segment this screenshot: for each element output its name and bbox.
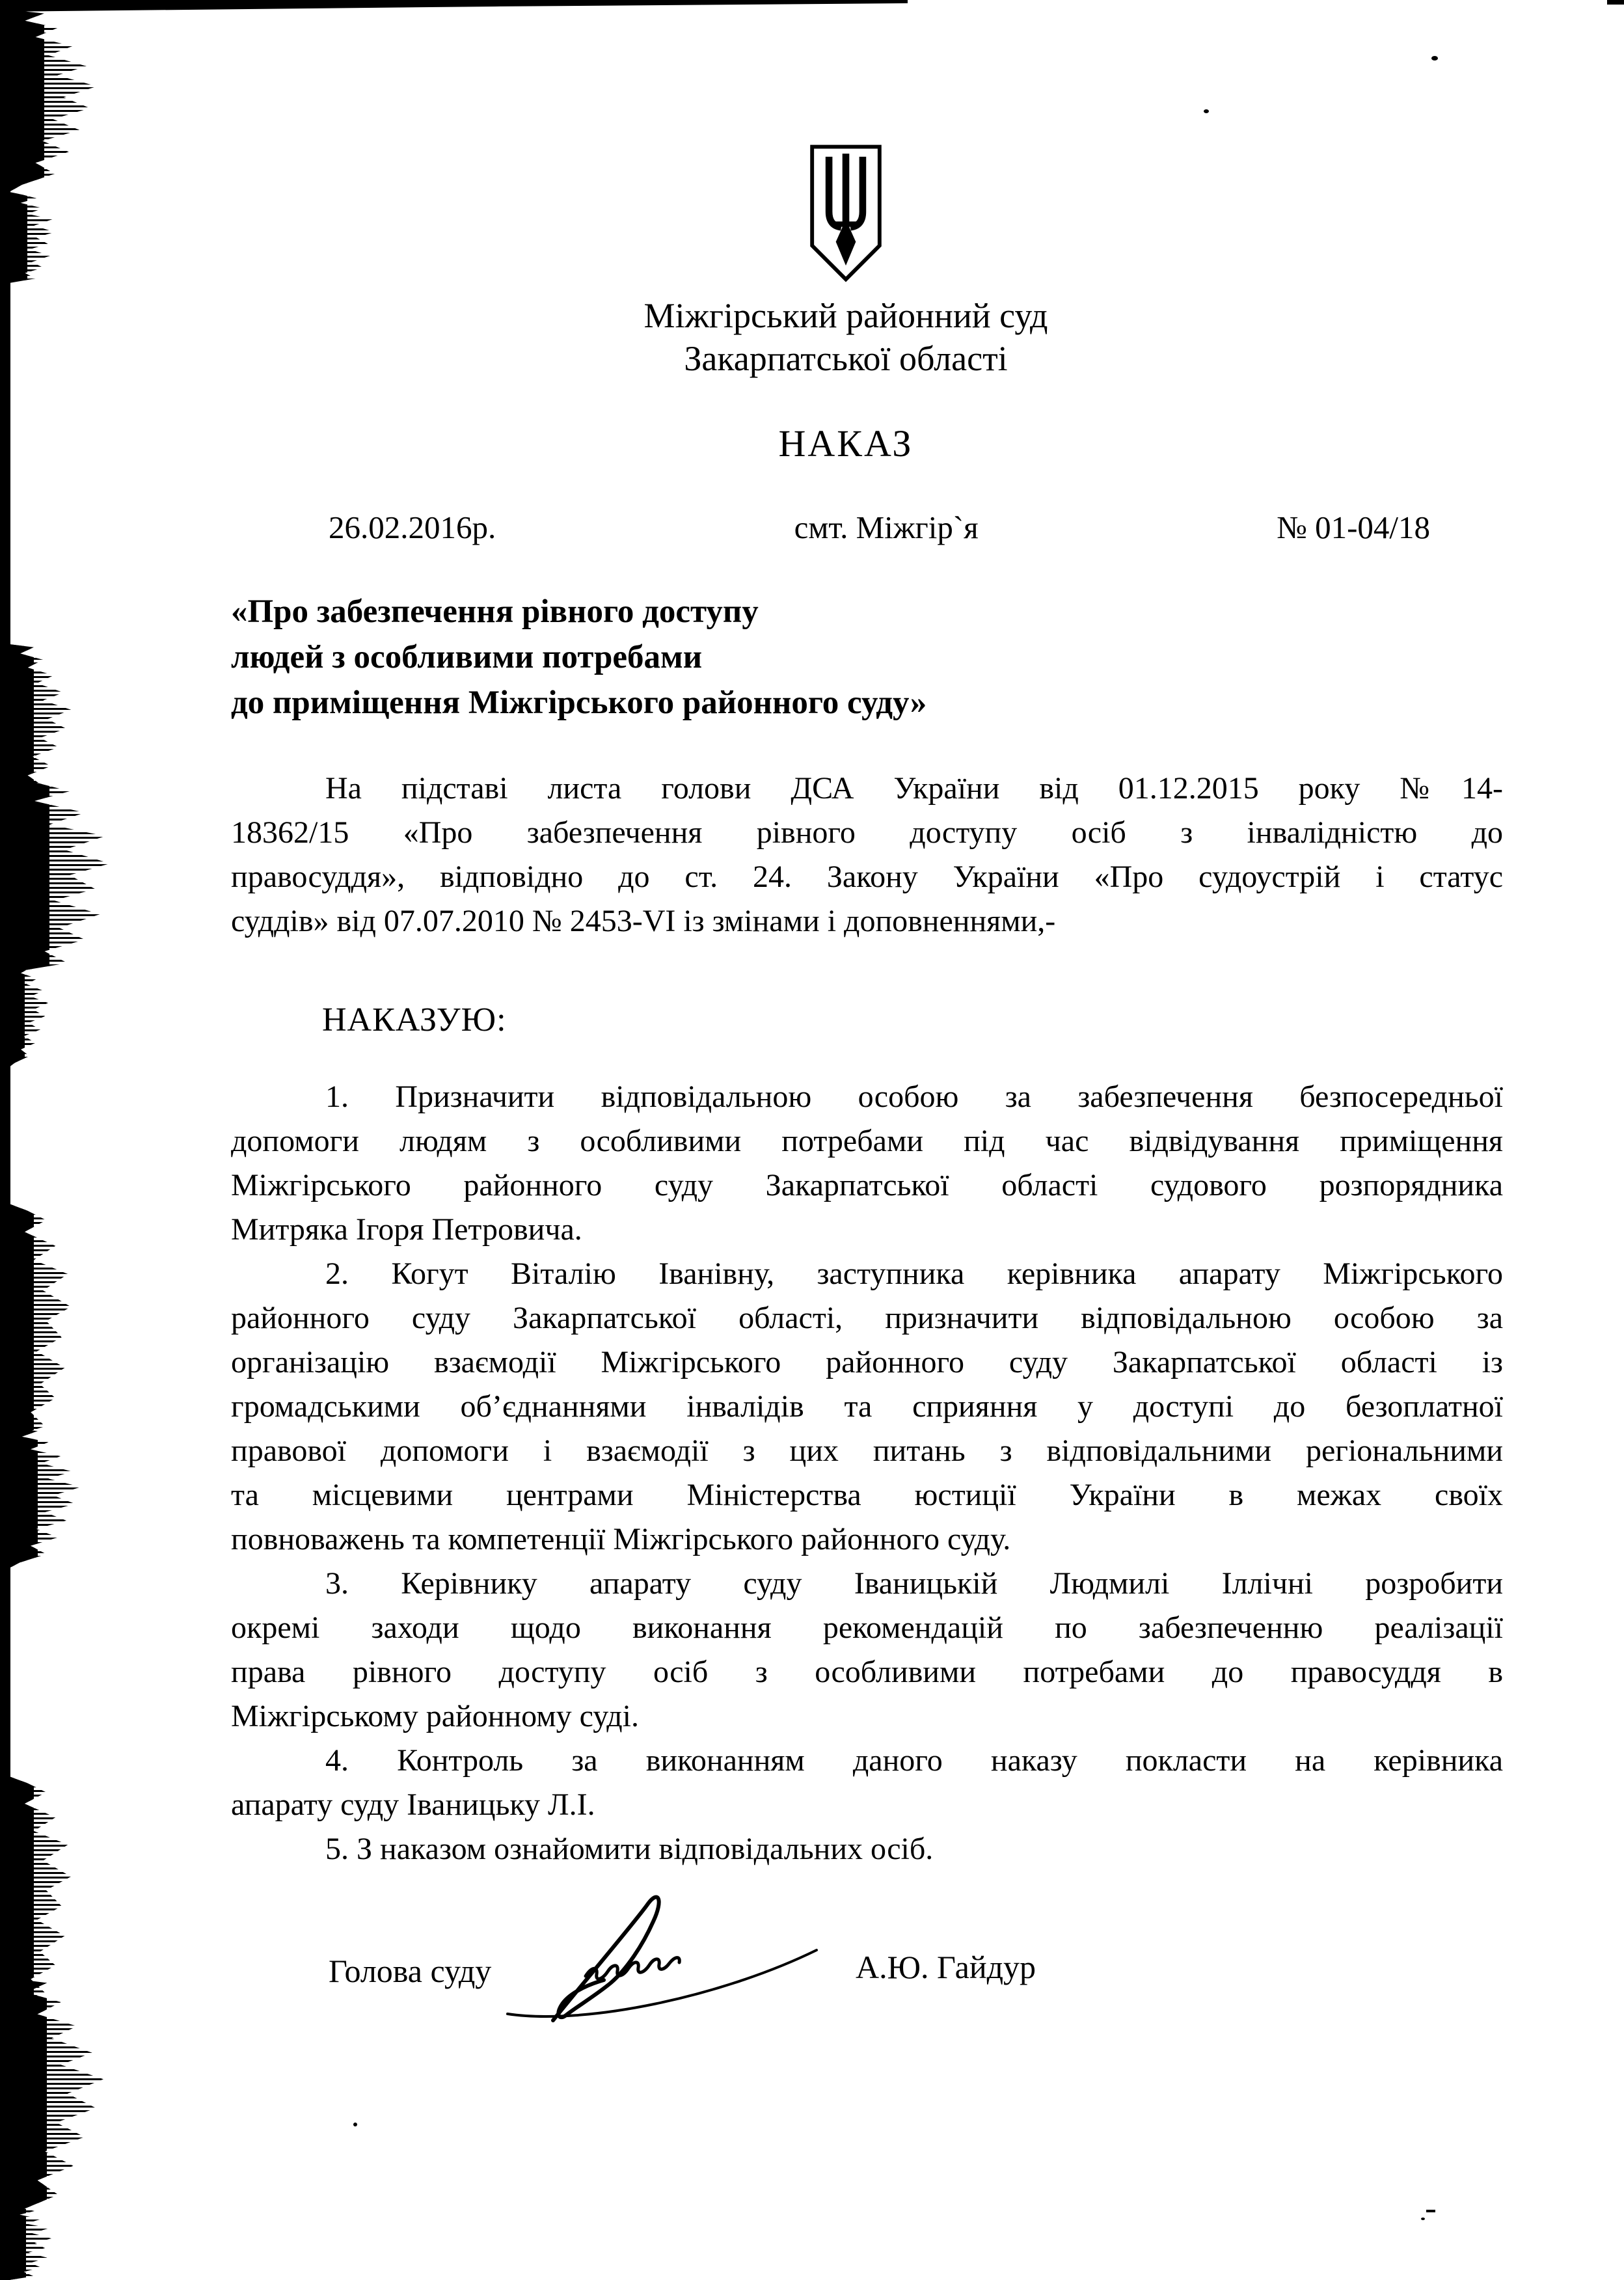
order-number: № 01-04/18	[1277, 509, 1430, 546]
order-item-line: права рівного доступу осіб з особливими …	[231, 1650, 1503, 1694]
court-name-line: Міжгірський районний суд	[644, 294, 1048, 337]
order-item-line: 1. Призначити відповідальною особою за з…	[231, 1075, 1503, 1119]
handwritten-signature-icon	[488, 1890, 826, 2027]
trident-emblem-icon	[807, 144, 884, 282]
order-item-line: районного суду Закарпатської області, пр…	[231, 1296, 1503, 1340]
scan-artifact-left-strip	[0, 0, 10, 2280]
order-item-line: організацію взаємодії Міжгірського район…	[231, 1340, 1503, 1385]
order-item-line: окремі заходи щодо виконання рекомендаці…	[231, 1606, 1503, 1650]
order-item-line: правової допомоги і взаємодії з цих пита…	[231, 1429, 1503, 1473]
court-name-line: Закарпатської області	[644, 337, 1048, 380]
order-item-line: допомоги людям з особливими потребами пі…	[231, 1119, 1503, 1163]
scan-speck	[1431, 56, 1438, 61]
order-item-line: громадськими об’єднаннями інвалідів та с…	[231, 1385, 1503, 1429]
order-date: 26.02.2016р.	[329, 509, 496, 546]
subject-line: людей з особливими потребами	[231, 634, 1503, 680]
order-item-line: апарату суду Іваницьку Л.І.	[231, 1783, 1503, 1827]
scan-artifact-corner	[1607, 0, 1624, 5]
document-type-title: НАКАЗ	[779, 422, 913, 465]
subject-line: до приміщення Міжгірського районного суд…	[231, 680, 1503, 726]
subject-line: «Про забезпечення рівного доступу	[231, 589, 1503, 634]
scan-artifact-top-band	[0, 0, 908, 12]
order-item-line: 2. Когут Віталію Іванівну, заступника ке…	[231, 1252, 1503, 1296]
preamble-line: правосуддя», відповідно до ст. 24. Закон…	[231, 855, 1503, 899]
preamble-line: 18362/15 «Про забезпечення рівного досту…	[231, 811, 1503, 855]
scan-artifact-blob	[9, 192, 55, 283]
scan-speck	[1426, 2210, 1435, 2212]
order-item-line: 5. З наказом ознайомити відповідальних о…	[231, 1827, 1503, 1871]
scan-artifact-blob	[9, 1428, 81, 1568]
order-item: 3. Керівнику апарату суду Іваницькій Люд…	[231, 1562, 1503, 1739]
order-item: 4. Контроль за виконанням даного наказу …	[231, 1739, 1503, 1827]
scan-artifact-blob	[9, 10, 97, 192]
signer-name: А.Ю. Гайдур	[856, 1948, 1036, 1986]
order-item-line: Міжгірського районного суду Закарпатсько…	[231, 1163, 1503, 1208]
order-item: 1. Призначити відповідальною особою за з…	[231, 1075, 1503, 1252]
scan-speck	[1204, 109, 1209, 113]
scan-artifact-blob	[9, 644, 71, 800]
order-subject: «Про забезпечення рівного доступу людей …	[231, 589, 1503, 726]
signature-role: Голова суду	[329, 1952, 491, 1990]
order-item-line: 4. Контроль за виконанням даного наказу …	[231, 1739, 1503, 1783]
scan-artifact-blob	[9, 2206, 51, 2280]
scan-artifact-blob	[9, 778, 110, 973]
order-item-line: Міжгірському районному суді.	[231, 1694, 1503, 1739]
order-item-line: 3. Керівнику апарату суду Іваницькій Люд…	[231, 1562, 1503, 1606]
court-name: Міжгірський районний суд Закарпатської о…	[644, 294, 1048, 380]
scanned-order-page: Міжгірський районний суд Закарпатської о…	[0, 0, 1624, 2280]
scan-speck	[353, 2123, 357, 2126]
order-item-line: повноважень та компетенції Міжгірського …	[231, 1517, 1503, 1562]
order-word: НАКАЗУЮ:	[322, 1001, 507, 1039]
preamble-line: На підставі листа голови ДСА України від…	[231, 767, 1503, 811]
scan-artifact-blob	[9, 957, 48, 1067]
order-item-line: та місцевими центрами Міністерства юстиц…	[231, 1473, 1503, 1517]
scan-artifact-blob	[9, 1978, 103, 2219]
order-item: 5. З наказом ознайомити відповідальних о…	[231, 1827, 1503, 1871]
meta-row: 26.02.2016р. смт. Міжгір`я № 01-04/18	[231, 509, 1503, 546]
scan-speck	[1421, 2218, 1425, 2220]
order-item: 2. Когут Віталію Іванівну, заступника ке…	[231, 1252, 1503, 1562]
order-items: 1. Призначити відповідальною особою за з…	[231, 1075, 1503, 1871]
preamble-paragraph: На підставі листа голови ДСА України від…	[231, 767, 1503, 943]
preamble-line: суддів» від 07.07.2010 № 2453-VI із змін…	[231, 899, 1503, 943]
order-item-line: Митряка Ігоря Петровича.	[231, 1208, 1503, 1252]
order-place: смт. Міжгір`я	[794, 509, 979, 546]
scan-artifact-blob	[9, 1204, 71, 1438]
signature-block: Голова суду А.Ю. Гайдур	[231, 1952, 1503, 2095]
scan-artifact-blob	[9, 1776, 71, 2004]
